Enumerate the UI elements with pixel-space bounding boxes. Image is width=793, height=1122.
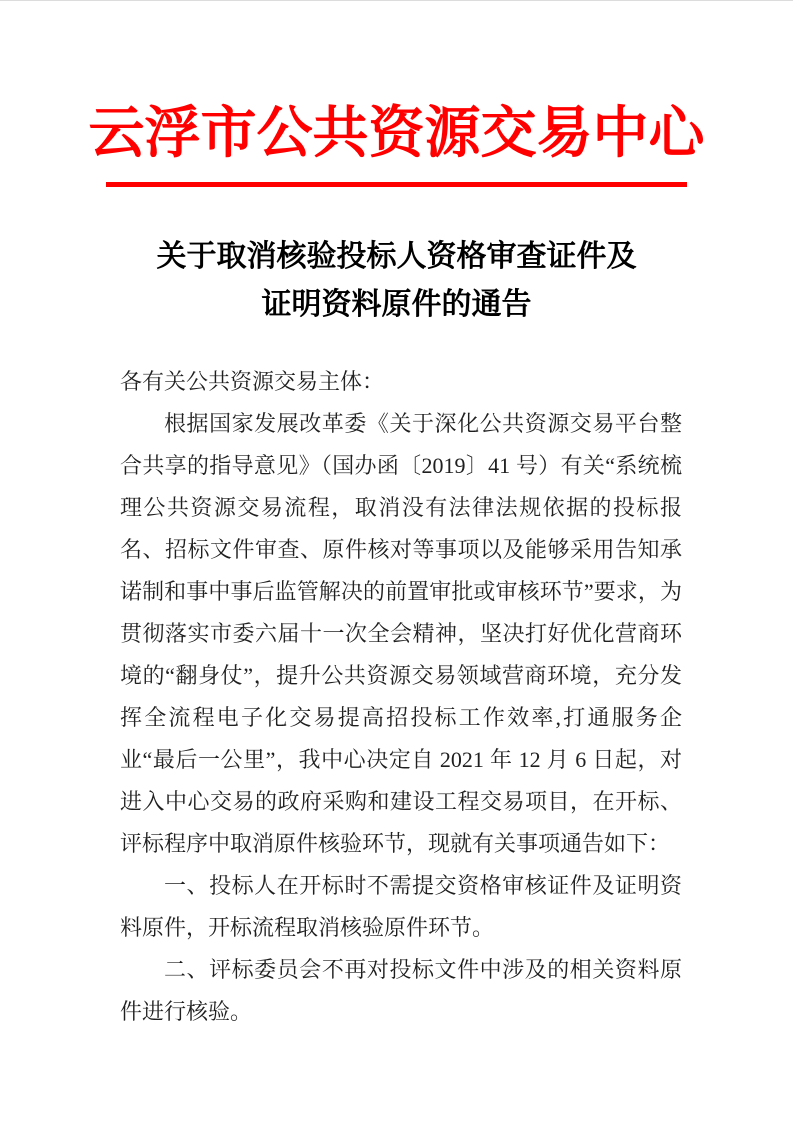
document-page: 云浮市公共资源交易中心 关于取消核验投标人资格审查证件及 证明资料原件的通告 各… [0,0,793,1122]
salutation: 各有关公共资源交易主体： [120,361,682,403]
paragraph-background: 根据国家发展改革委《关于深化公共资源交易平台整合共享的指导意见》（国办函〔201… [120,403,682,865]
document-title-line2: 证明资料原件的通告 [0,281,793,329]
document-title-line1: 关于取消核验投标人资格审查证件及 [0,233,793,281]
letterhead-red-rule [106,182,687,187]
letterhead-organization-title: 云浮市公共资源交易中心 [0,101,793,167]
paragraph-item-1: 一、投标人在开标时不需提交资格审核证件及证明资料原件，开标流程取消核验原件环节。 [120,865,682,949]
document-body: 各有关公共资源交易主体： 根据国家发展改革委《关于深化公共资源交易平台整合共享的… [120,361,682,1033]
paragraph-item-2: 二、评标委员会不再对投标文件中涉及的相关资料原件进行核验。 [120,949,682,1033]
document-title: 关于取消核验投标人资格审查证件及 证明资料原件的通告 [0,233,793,329]
